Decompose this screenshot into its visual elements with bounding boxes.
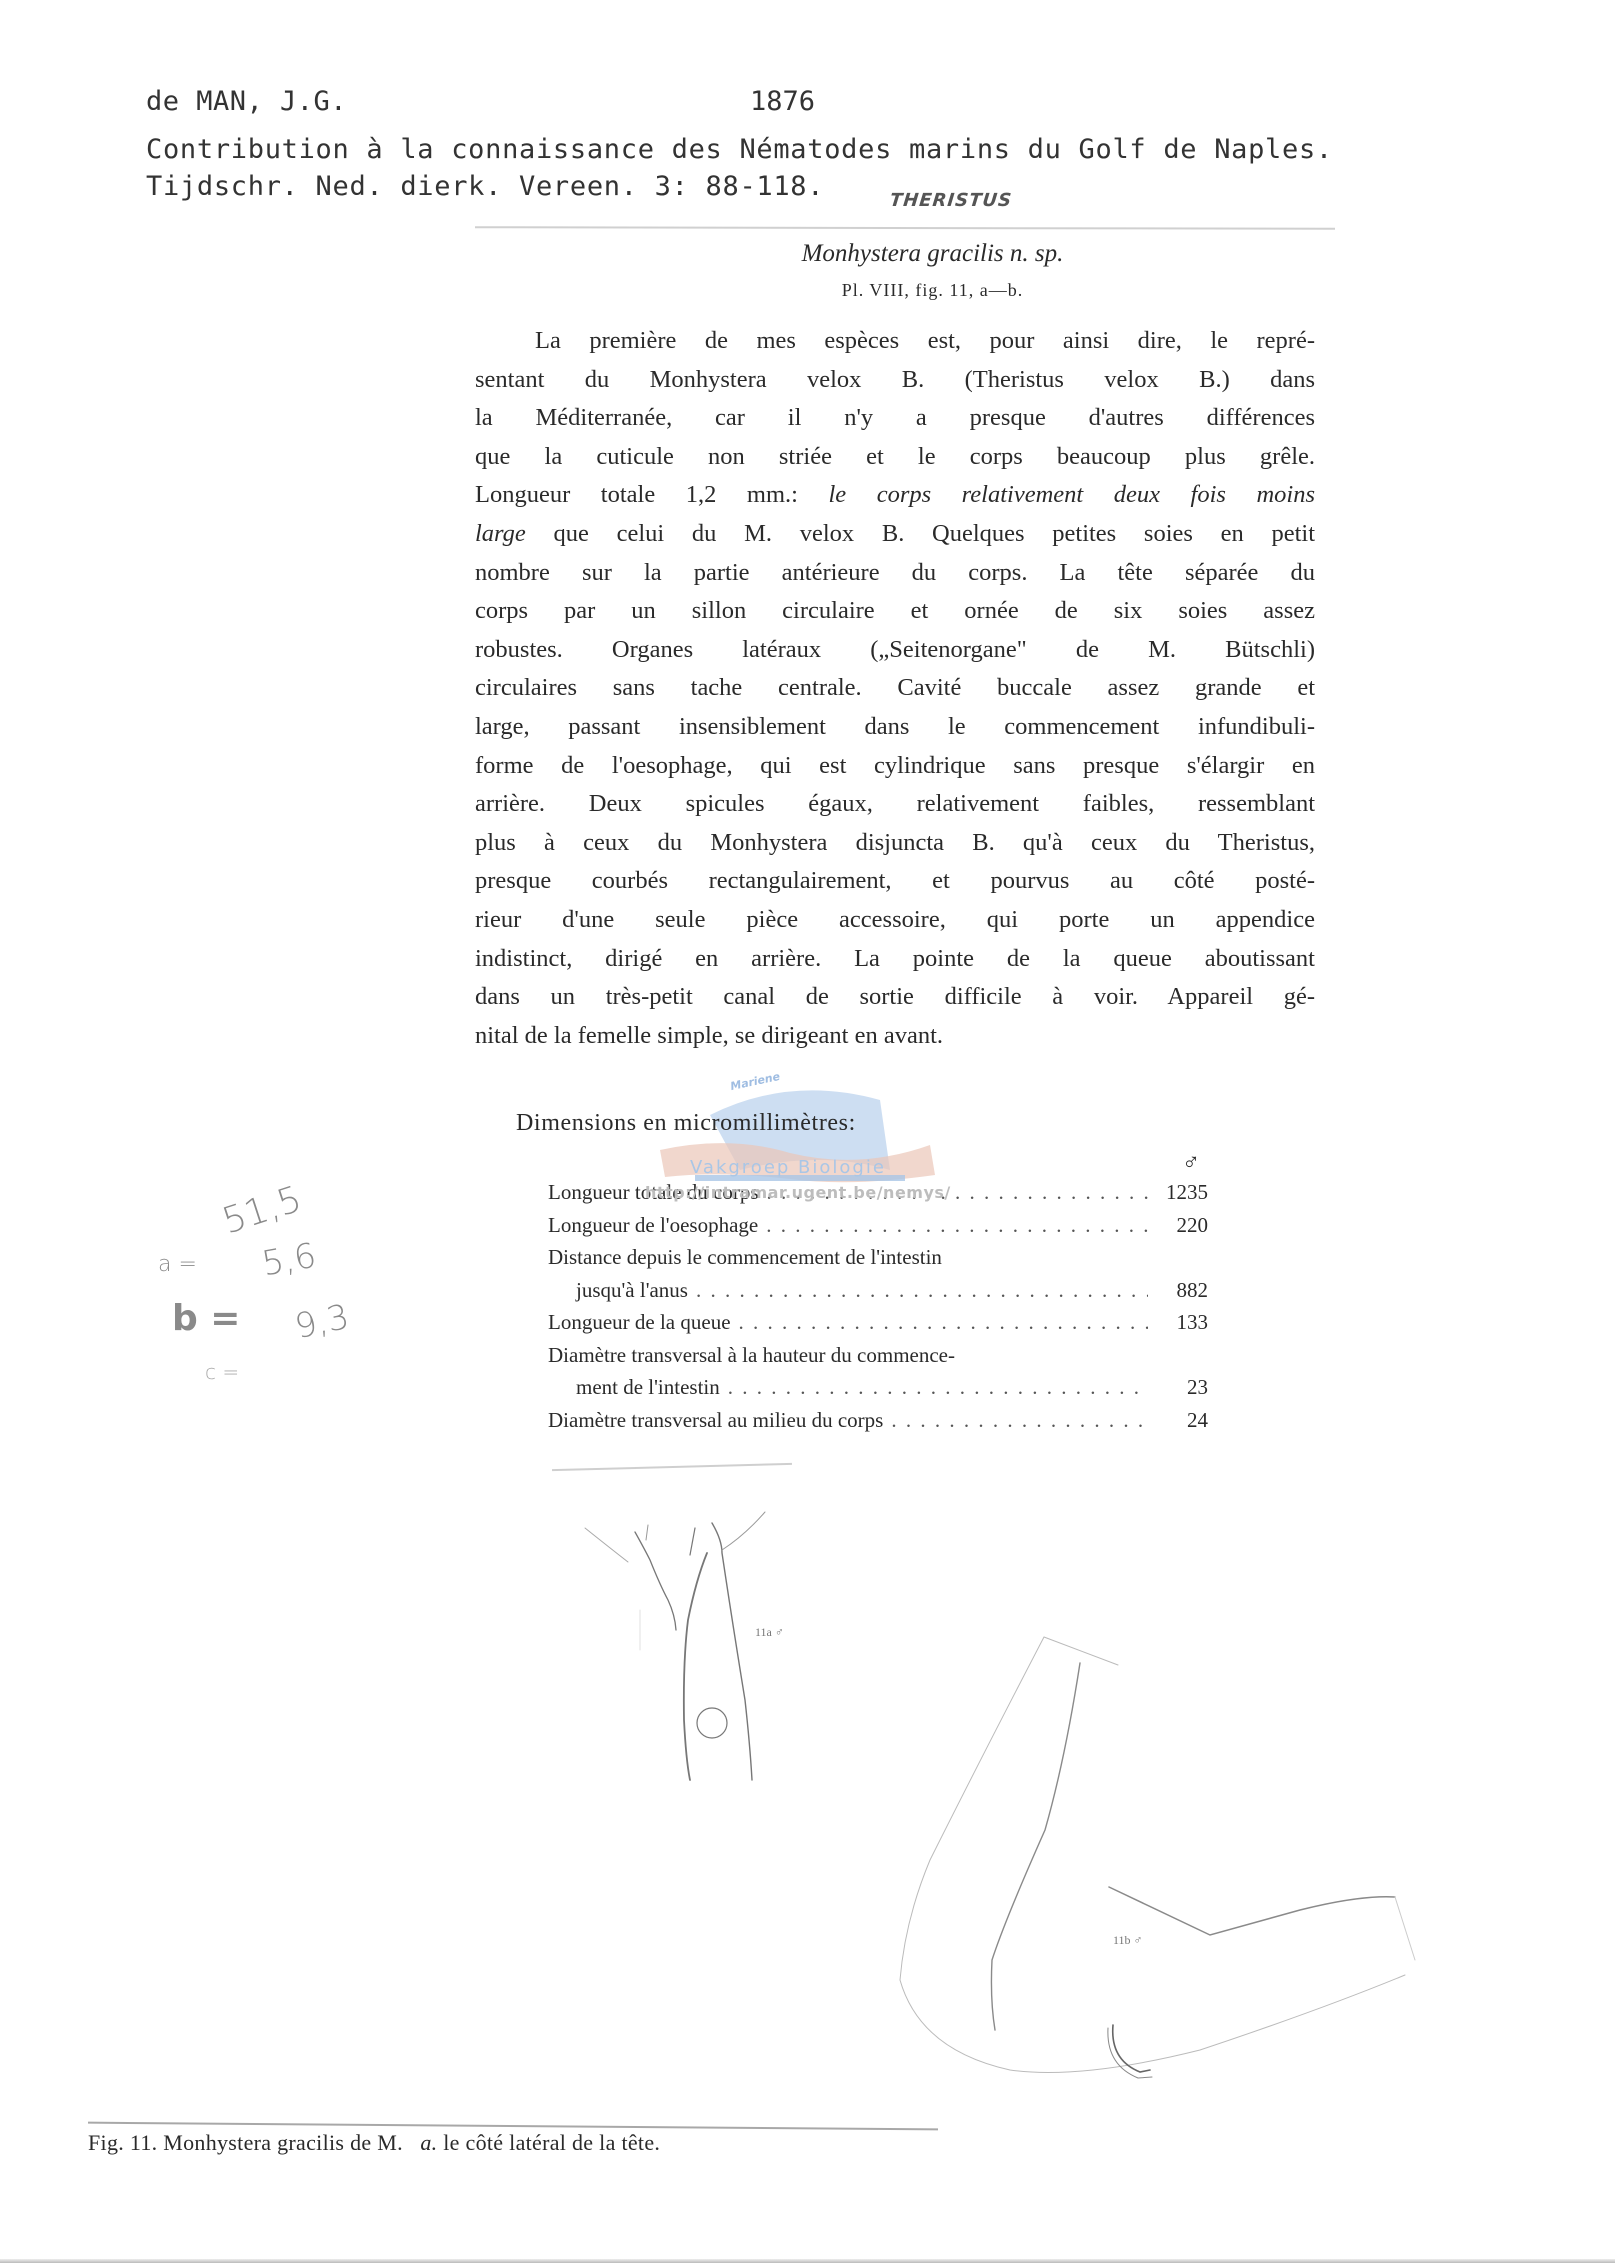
handwritten-genus-note: THERISTUS <box>889 190 1013 211</box>
table-row: Longueur de l'oesophage220 <box>548 1209 1208 1242</box>
watermark-url: http://intramar.ugent.be/nemys/ <box>645 1183 951 1202</box>
text-line: nital de la femelle simple, se dirigeant… <box>475 1017 1315 1056</box>
text-line: large, passant insensiblement dans le co… <box>475 708 1315 747</box>
handwritten-label-a: a = <box>158 1252 197 1277</box>
text-run: Longueur totale 1,2 mm.: <box>475 481 828 508</box>
text-line: plus à ceux du Monhystera disjuncta B. q… <box>475 824 1315 863</box>
dimensions-heading: Dimensions en micromillimètres: <box>516 1110 856 1137</box>
leader-dots <box>720 1371 1148 1404</box>
leader-dots <box>688 1274 1148 1307</box>
row-value: 24 <box>1148 1404 1208 1437</box>
row-value: 1235 <box>1148 1176 1208 1209</box>
text-line: corps par un sillon circulaire et ornée … <box>475 592 1315 631</box>
handwritten-value-b: 9,3 <box>291 1297 352 1347</box>
row-label: Diamètre transversal au milieu du corps <box>548 1404 883 1437</box>
caption-item-text: le côté latéral de la tête. <box>443 2130 660 2155</box>
top-divider <box>475 226 1335 230</box>
text-line: que la cuticule non striée et le corps b… <box>475 438 1315 477</box>
text-line: robustes. Organes latéraux („Seitenorgan… <box>475 631 1315 670</box>
text-line: dans un très-petit canal de sortie diffi… <box>475 978 1315 1017</box>
row-label: Diamètre transversal à la hauteur du com… <box>548 1339 955 1372</box>
figure-label-11b: 11b ♂ <box>1113 1933 1143 1948</box>
text-run: que celui du M. velox B. Quelques petite… <box>526 520 1315 547</box>
text-line: Longueur totale 1,2 mm.: le corps relati… <box>475 476 1315 515</box>
caption-prefix: Fig. 11. Monhystera gracilis de M. <box>88 2130 403 2155</box>
table-row: Diamètre transversal au milieu du corps2… <box>548 1404 1208 1437</box>
handwritten-label-c: c = <box>205 1360 239 1384</box>
row-value: 882 <box>1148 1274 1208 1307</box>
row-label: jusqu'à l'anus <box>548 1274 688 1307</box>
figure-11a-head-drawing <box>585 1512 765 1780</box>
text-line: forme de l'oesophage, qui est cylindriqu… <box>475 747 1315 786</box>
leader-dots <box>883 1404 1148 1437</box>
figure-label-11a: 11a ♂ <box>755 1625 784 1640</box>
text-line: arrière. Deux spicules égaux, relativeme… <box>475 785 1315 824</box>
text-line: circulaires sans tache centrale. Cavité … <box>475 669 1315 708</box>
italic-text-run: large <box>475 520 526 547</box>
row-label: Longueur de l'oesophage <box>548 1209 758 1242</box>
journal-citation: Tijdschr. Ned. dierk. Vereen. 3: 88-118. <box>146 171 824 202</box>
italic-text-run: le corps relativement deux fois moins <box>828 481 1315 508</box>
caption-item-letter: a. <box>420 2130 437 2155</box>
leader-dots <box>731 1306 1148 1339</box>
row-label: ment de l'intestin <box>548 1371 720 1404</box>
figure-caption: Fig. 11. Monhystera gracilis de M. a. le… <box>88 2130 660 2156</box>
handwritten-value-a: 5,6 <box>259 1236 319 1285</box>
table-row: jusqu'à l'anus882 <box>548 1274 1208 1307</box>
leader-dots <box>758 1209 1148 1242</box>
row-label: Longueur de la queue <box>548 1306 731 1339</box>
species-title: Monhystera gracilis n. sp. <box>0 240 1615 268</box>
figure-11b-tail-drawing <box>900 1637 1415 2078</box>
text-line: indistinct, dirigé en arrière. La pointe… <box>475 940 1315 979</box>
table-row: Distance depuis le commencement de l'int… <box>548 1241 1208 1274</box>
section-divider <box>552 1463 792 1471</box>
male-symbol-icon: ♂ <box>548 1150 1208 1176</box>
handwritten-label-b: b = <box>172 1298 240 1339</box>
text-line: nombre sur la partie antérieure du corps… <box>475 554 1315 593</box>
author-name: de MAN, J.G. <box>146 86 347 117</box>
publication-title: Contribution à la connaissance des Némat… <box>146 134 1333 165</box>
row-label: Distance depuis le commencement de l'int… <box>548 1241 942 1274</box>
text-line: sentant du Monhystera velox B. (Theristu… <box>475 361 1315 400</box>
page-bottom-edge <box>0 2259 1615 2263</box>
text-line: la Méditerranée, car il n'y a presque d'… <box>475 399 1315 438</box>
text-line: large que celui du M. velox B. Quelques … <box>475 515 1315 554</box>
text-line: presque courbés rectangulairement, et po… <box>475 862 1315 901</box>
text-line: La première de mes espèces est, pour ain… <box>475 322 1315 361</box>
row-value: 220 <box>1148 1209 1208 1242</box>
table-row: Diamètre transversal à la hauteur du com… <box>548 1339 1208 1372</box>
plate-reference: Pl. VIII, fig. 11, a—b. <box>0 280 1615 301</box>
handwritten-value: 51,5 <box>218 1179 307 1243</box>
table-row: Longueur de la queue133 <box>548 1306 1208 1339</box>
row-value: 23 <box>1148 1371 1208 1404</box>
species-description: La première de mes espèces est, pour ain… <box>475 322 1315 1055</box>
row-value: 133 <box>1148 1306 1208 1339</box>
table-row: ment de l'intestin23 <box>548 1371 1208 1404</box>
text-line: rieur d'une seule pièce accessoire, qui … <box>475 901 1315 940</box>
publication-year: 1876 <box>750 86 815 117</box>
